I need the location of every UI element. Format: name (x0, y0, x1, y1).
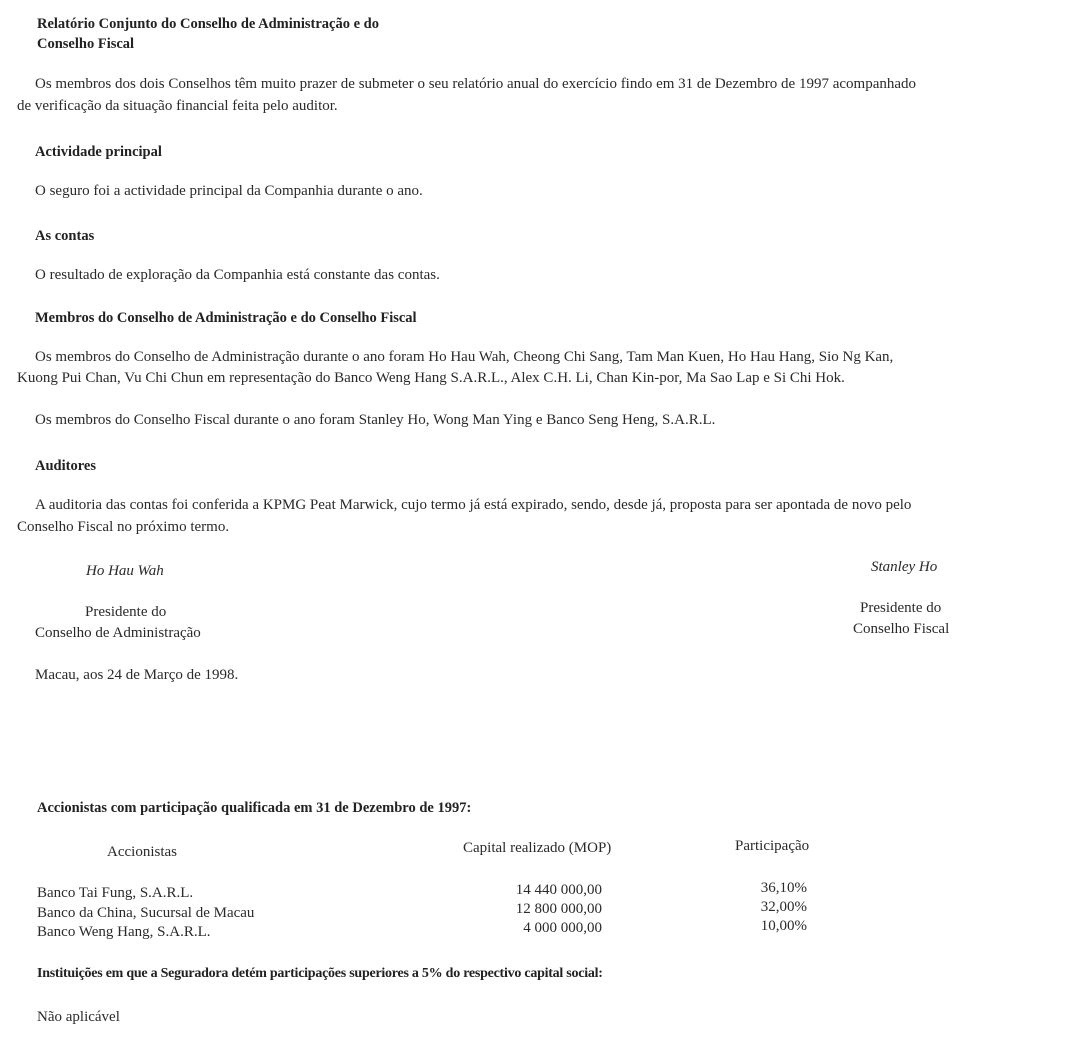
column-header-accionistas: Accionistas (107, 842, 177, 863)
shareholder-share: 32,00% (700, 897, 807, 918)
section-heading-auditores: Auditores (35, 458, 96, 475)
section-heading-actividade: Actividade principal (35, 144, 162, 161)
signature-left-name: Ho Hau Wah (86, 561, 164, 582)
intro-paragraph-line1: Os membros dos dois Conselhos têm muito … (35, 74, 916, 95)
section-text-membros-admin-line2: Kuong Pui Chan, Vu Chi Chun em represent… (17, 368, 845, 389)
section-heading-contas: As contas (35, 228, 94, 245)
section-text-auditores-line2: Conselho Fiscal no próximo termo. (17, 517, 229, 538)
shareholder-share: 10,00% (700, 916, 807, 937)
column-header-participacao: Participação (735, 836, 809, 857)
shareholders-heading: Accionistas com participação qualificada… (37, 800, 471, 817)
holdings-heading: Instituições em que a Seguradora detém p… (37, 966, 603, 982)
section-text-auditores-line1: A auditoria das contas foi conferida a K… (35, 495, 911, 516)
shareholder-capital: 14 440 000,00 (440, 880, 602, 901)
section-text-membros-admin-line1: Os membros do Conselho de Administração … (35, 347, 893, 368)
signature-right-name: Stanley Ho (871, 557, 937, 578)
section-text-membros-fiscal: Os membros do Conselho Fiscal durante o … (35, 410, 715, 431)
shareholder-capital: 4 000 000,00 (440, 918, 602, 939)
signature-right-role-line2: Conselho Fiscal (853, 619, 949, 640)
holdings-text: Não aplicável (37, 1007, 120, 1028)
shareholder-name: Banco da China, Sucursal de Macau (37, 903, 254, 924)
intro-paragraph-line2: de verificação da situação financial fei… (17, 96, 338, 117)
signature-right-role-line1: Presidente do (860, 598, 941, 619)
shareholder-name: Banco Tai Fung, S.A.R.L. (37, 883, 193, 904)
signature-left-role-line2: Conselho de Administração (35, 623, 201, 644)
report-title-line1: Relatório Conjunto do Conselho de Admini… (37, 16, 379, 33)
section-text-contas: O resultado de exploração da Companhia e… (35, 265, 440, 286)
shareholder-name: Banco Weng Hang, S.A.R.L. (37, 922, 211, 943)
signature-left-role-line1: Presidente do (85, 602, 166, 623)
section-text-actividade: O seguro foi a actividade principal da C… (35, 181, 423, 202)
shareholder-capital: 12 800 000,00 (440, 899, 602, 920)
shareholder-share: 36,10% (700, 878, 807, 899)
column-header-capital: Capital realizado (MOP) (463, 838, 611, 859)
place-date: Macau, aos 24 de Março de 1998. (35, 665, 238, 686)
section-heading-membros: Membros do Conselho de Administração e d… (35, 310, 417, 327)
report-title-line2: Conselho Fiscal (37, 36, 134, 53)
